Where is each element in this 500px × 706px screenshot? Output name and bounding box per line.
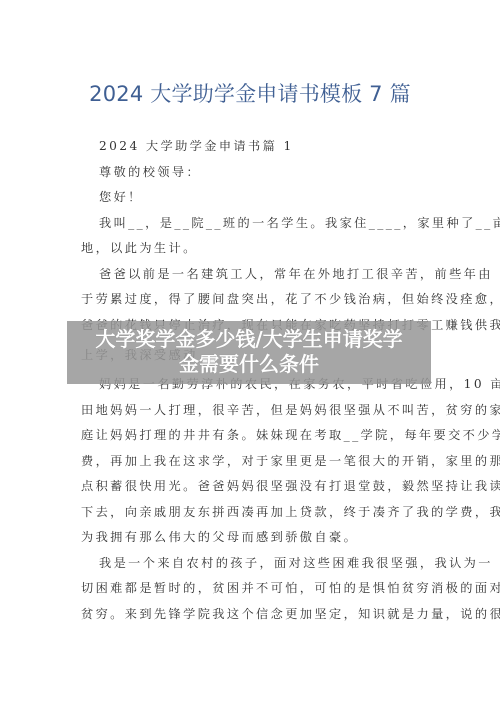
greeting: 您好！: [81, 185, 421, 211]
paragraph-line: 费，再加上我在这求学，对于家里更是一笔很大的开销，家里的那: [81, 449, 421, 475]
paragraph-line: 于劳累过度，得了腰间盘突出，花了不少钱治病，但始终没痊愈，: [81, 287, 421, 313]
salutation: 尊敬的校领导：: [81, 160, 421, 186]
paragraph-line: 爸爸以前是一名建筑工人，常年在外地打工很辛苦，前些年由: [81, 262, 421, 288]
overlay-title-line-1: 大学奖学金多少钱/大学生申请奖学: [67, 327, 431, 352]
paragraph-line: 贫穷。来到先锋学院我这个信念更加坚定，知识就是力量，说的很: [81, 602, 421, 628]
paragraph-line: 我是一个来自农村的孩子，面对这些困难我很坚强，我认为一: [81, 551, 421, 577]
section-heading: 2024 大学助学金申请书篇 1: [81, 134, 421, 160]
overlay-article-title[interactable]: 大学奖学金多少钱/大学生申请奖学 金需要什么条件: [67, 321, 431, 384]
paragraph-line: 田地妈妈一人打理，很辛苦，但是妈妈很坚强从不叫苦，贫穷的家: [81, 398, 421, 424]
paragraph-line: 我叫__，是__院__班的一名学生。我家住____，家里种了__亩: [81, 211, 421, 237]
paragraph-line: 切困难都是暂时的，贫困并不可怕，可怕的是惧怕贫穷消极的面对: [81, 576, 421, 602]
document-page: 2024 大学助学金申请书模板 7 篇 2024 大学助学金申请书篇 1 尊敬的…: [0, 0, 500, 706]
paragraph-line: 庭让妈妈打理的井井有条。妹妹现在考取__学院，每年要交不少学: [81, 423, 421, 449]
paragraph-line: 点积蓄很快用光。爸爸妈妈很坚强没有打退堂鼓，毅然坚持让我读: [81, 474, 421, 500]
paragraph-line: 地，以此为生计。: [81, 236, 421, 262]
paragraph-line: 为我拥有那么伟大的父母而感到骄傲自豪。: [81, 525, 421, 551]
document-title: 2024 大学助学金申请书模板 7 篇: [0, 80, 500, 108]
overlay-title-line-2: 金需要什么条件: [67, 352, 431, 377]
paragraph-line: 下去，向亲戚朋友东拼西凑再加上贷款，终于凑齐了我的学费，我: [81, 500, 421, 526]
